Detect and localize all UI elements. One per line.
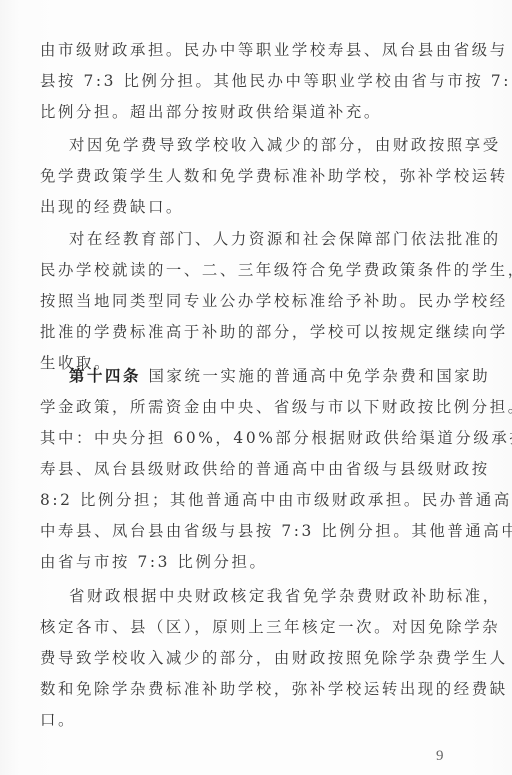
text-line: 按照当地同类型同专业公办学校标准给予补助。民办学校经 xyxy=(40,289,460,313)
article-first-line: 第十四条 国家统一实施的普通高中免学杂费和国家助 xyxy=(69,364,489,388)
text-span: 国家统一实施的普通高中免学杂费和国家助 xyxy=(148,367,490,385)
text-line: 民办学校就读的一、二、三年级符合免学费政策条件的学生， xyxy=(40,258,460,282)
article-heading: 第十四条 xyxy=(69,367,141,385)
text-line: 对在经教育部门、人力资源和社会保障部门依法批准的 xyxy=(69,227,489,251)
text-line: 学金政策，所需资金由中央、省级与市以下财政按比例分担。 xyxy=(40,395,460,419)
text-line: 寿县、凤台县级财政供给的普通高中由省级与县级财政按 xyxy=(40,457,460,481)
text-line: 8:2 比例分担；其他普通高中由市级财政承担。民办普通高 xyxy=(40,488,460,512)
text-line: 免学费政策学生人数和免学费标准补助学校，弥补学校运转 xyxy=(40,164,460,188)
text-line: 核定各市、县（区），原则上三年核定一次。对因免除学杂 xyxy=(40,615,460,639)
text-line: 费导致学校收入减少的部分，由财政按照免除学杂费学生人 xyxy=(40,646,460,670)
text-line: 出现的经费缺口。 xyxy=(40,195,460,219)
text-line: 由市级财政承担。民办中等职业学校寿县、凤台县由省级与 xyxy=(40,38,460,62)
text-line: 由省与市按 7:3 比例分担。 xyxy=(40,550,460,574)
text-line: 对因免学费导致学校收入减少的部分，由财政按照享受 xyxy=(69,133,489,157)
text-line: 批准的学费标准高于补助的部分，学校可以按规定继续向学 xyxy=(40,320,460,344)
text-line: 比例分担。超出部分按财政供给渠道补充。 xyxy=(40,100,460,124)
text-line: 中寿县、凤台县由省级与县按 7:3 比例分担。其他普通高中 xyxy=(40,519,460,543)
text-line: 其中：中央分担 60%，40%部分根据财政供给渠道分级承担， xyxy=(40,426,460,450)
page-number: 9 xyxy=(436,748,444,765)
text-line: 县按 7:3 比例分担。其他民办中等职业学校由省与市按 7:3 xyxy=(40,69,460,93)
text-line: 口。 xyxy=(40,708,460,732)
text-line: 省财政根据中央财政核定我省免学杂费财政补助标准， xyxy=(69,584,489,608)
text-line: 数和免除学杂费标准补助学校，弥补学校运转出现的经费缺 xyxy=(40,677,460,701)
document-page: 由市级财政承担。民办中等职业学校寿县、凤台县由省级与 县按 7:3 比例分担。其… xyxy=(0,0,512,775)
